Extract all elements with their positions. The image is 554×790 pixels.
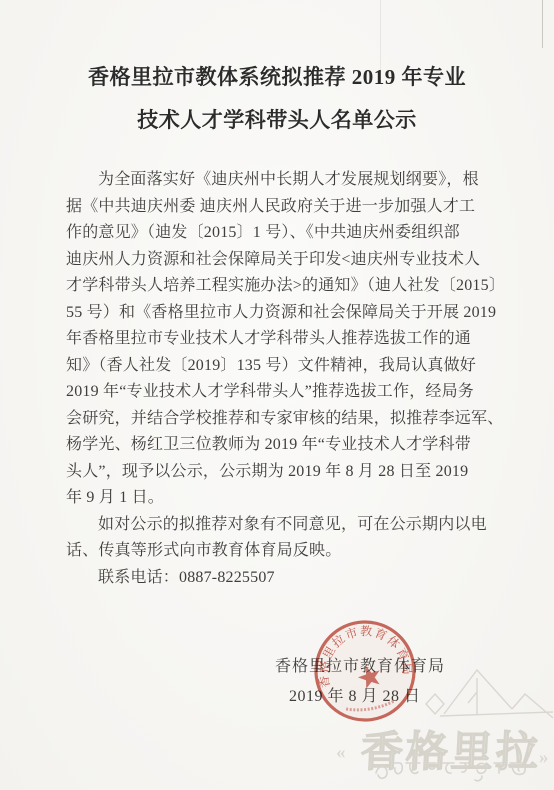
body-line: 才学科带头人培养工程实施办法>的通知》（迪人社发〔2015〕 bbox=[66, 273, 496, 300]
tibetan-script-watermark bbox=[372, 757, 544, 787]
scanned-document-page: 香格里拉市教体系统拟推荐 2019 年专业 技术人才学科带头人名单公示 为全面落… bbox=[0, 0, 554, 790]
body-line: 作的意见》（迪发〔2015〕1 号）、《中共迪庆州委组织部 bbox=[66, 220, 496, 247]
body-line: 头人”，现予以公示，公示期为 2019 年 8 月 28 日至 2019 bbox=[66, 459, 496, 486]
document-title-line2: 技术人才学科带头人名单公示 bbox=[0, 105, 554, 135]
document-body: 为全面落实好《迪庆州中长期人才发展规划纲要》，根 据《中共迪庆州委 迪庆州人民政… bbox=[66, 167, 496, 591]
body-line: 迪庆州人力资源和社会保障局关于印发<迪庆州专业技术人 bbox=[66, 247, 496, 274]
scan-artifact-line bbox=[542, 0, 543, 48]
body-line: 如对公示的拟推荐对象有不同意见，可在公示期内以电 bbox=[66, 512, 496, 539]
watermark-guillemet-right: » bbox=[539, 747, 549, 769]
body-line: 年香格里拉市专业技术人才学科带头人推荐选拔工作的通 bbox=[66, 326, 496, 353]
body-line: 年 9 月 1 日。 bbox=[66, 485, 496, 512]
body-line: 为全面落实好《迪庆州中长期人才发展规划纲要》，根 bbox=[66, 167, 496, 194]
document-title-line1: 香格里拉市教体系统拟推荐 2019 年专业 bbox=[0, 62, 554, 92]
body-line: 会研究，并结合学校推荐和专家审核的结果，拟推荐李远军、 bbox=[66, 406, 496, 433]
body-line: 话、传真等形式向市教育体育局反映。 bbox=[66, 538, 496, 565]
scan-artifact-line bbox=[380, 0, 381, 70]
body-line: 据《中共迪庆州委 迪庆州人民政府关于进一步加强人才工 bbox=[66, 194, 496, 221]
body-line: 知》（香人社发〔2019〕135 号）文件精神，我局认真做好 bbox=[66, 353, 496, 380]
body-line: 2019 年“专业技术人才学科带头人”推荐选拔工作，经局务 bbox=[66, 379, 496, 406]
body-line: 55 号）和《香格里拉市人力资源和社会保障局关于开展 2019 bbox=[66, 300, 496, 327]
body-line: 杨学光、杨红卫三位教师为 2019 年“专业技术人才学科带 bbox=[66, 432, 496, 459]
contact-phone-line: 联系电话：0887-8225507 bbox=[66, 565, 496, 592]
watermark-guillemet-left: « bbox=[336, 742, 346, 764]
shangri-la-mountain-watermark-icon bbox=[382, 652, 554, 724]
